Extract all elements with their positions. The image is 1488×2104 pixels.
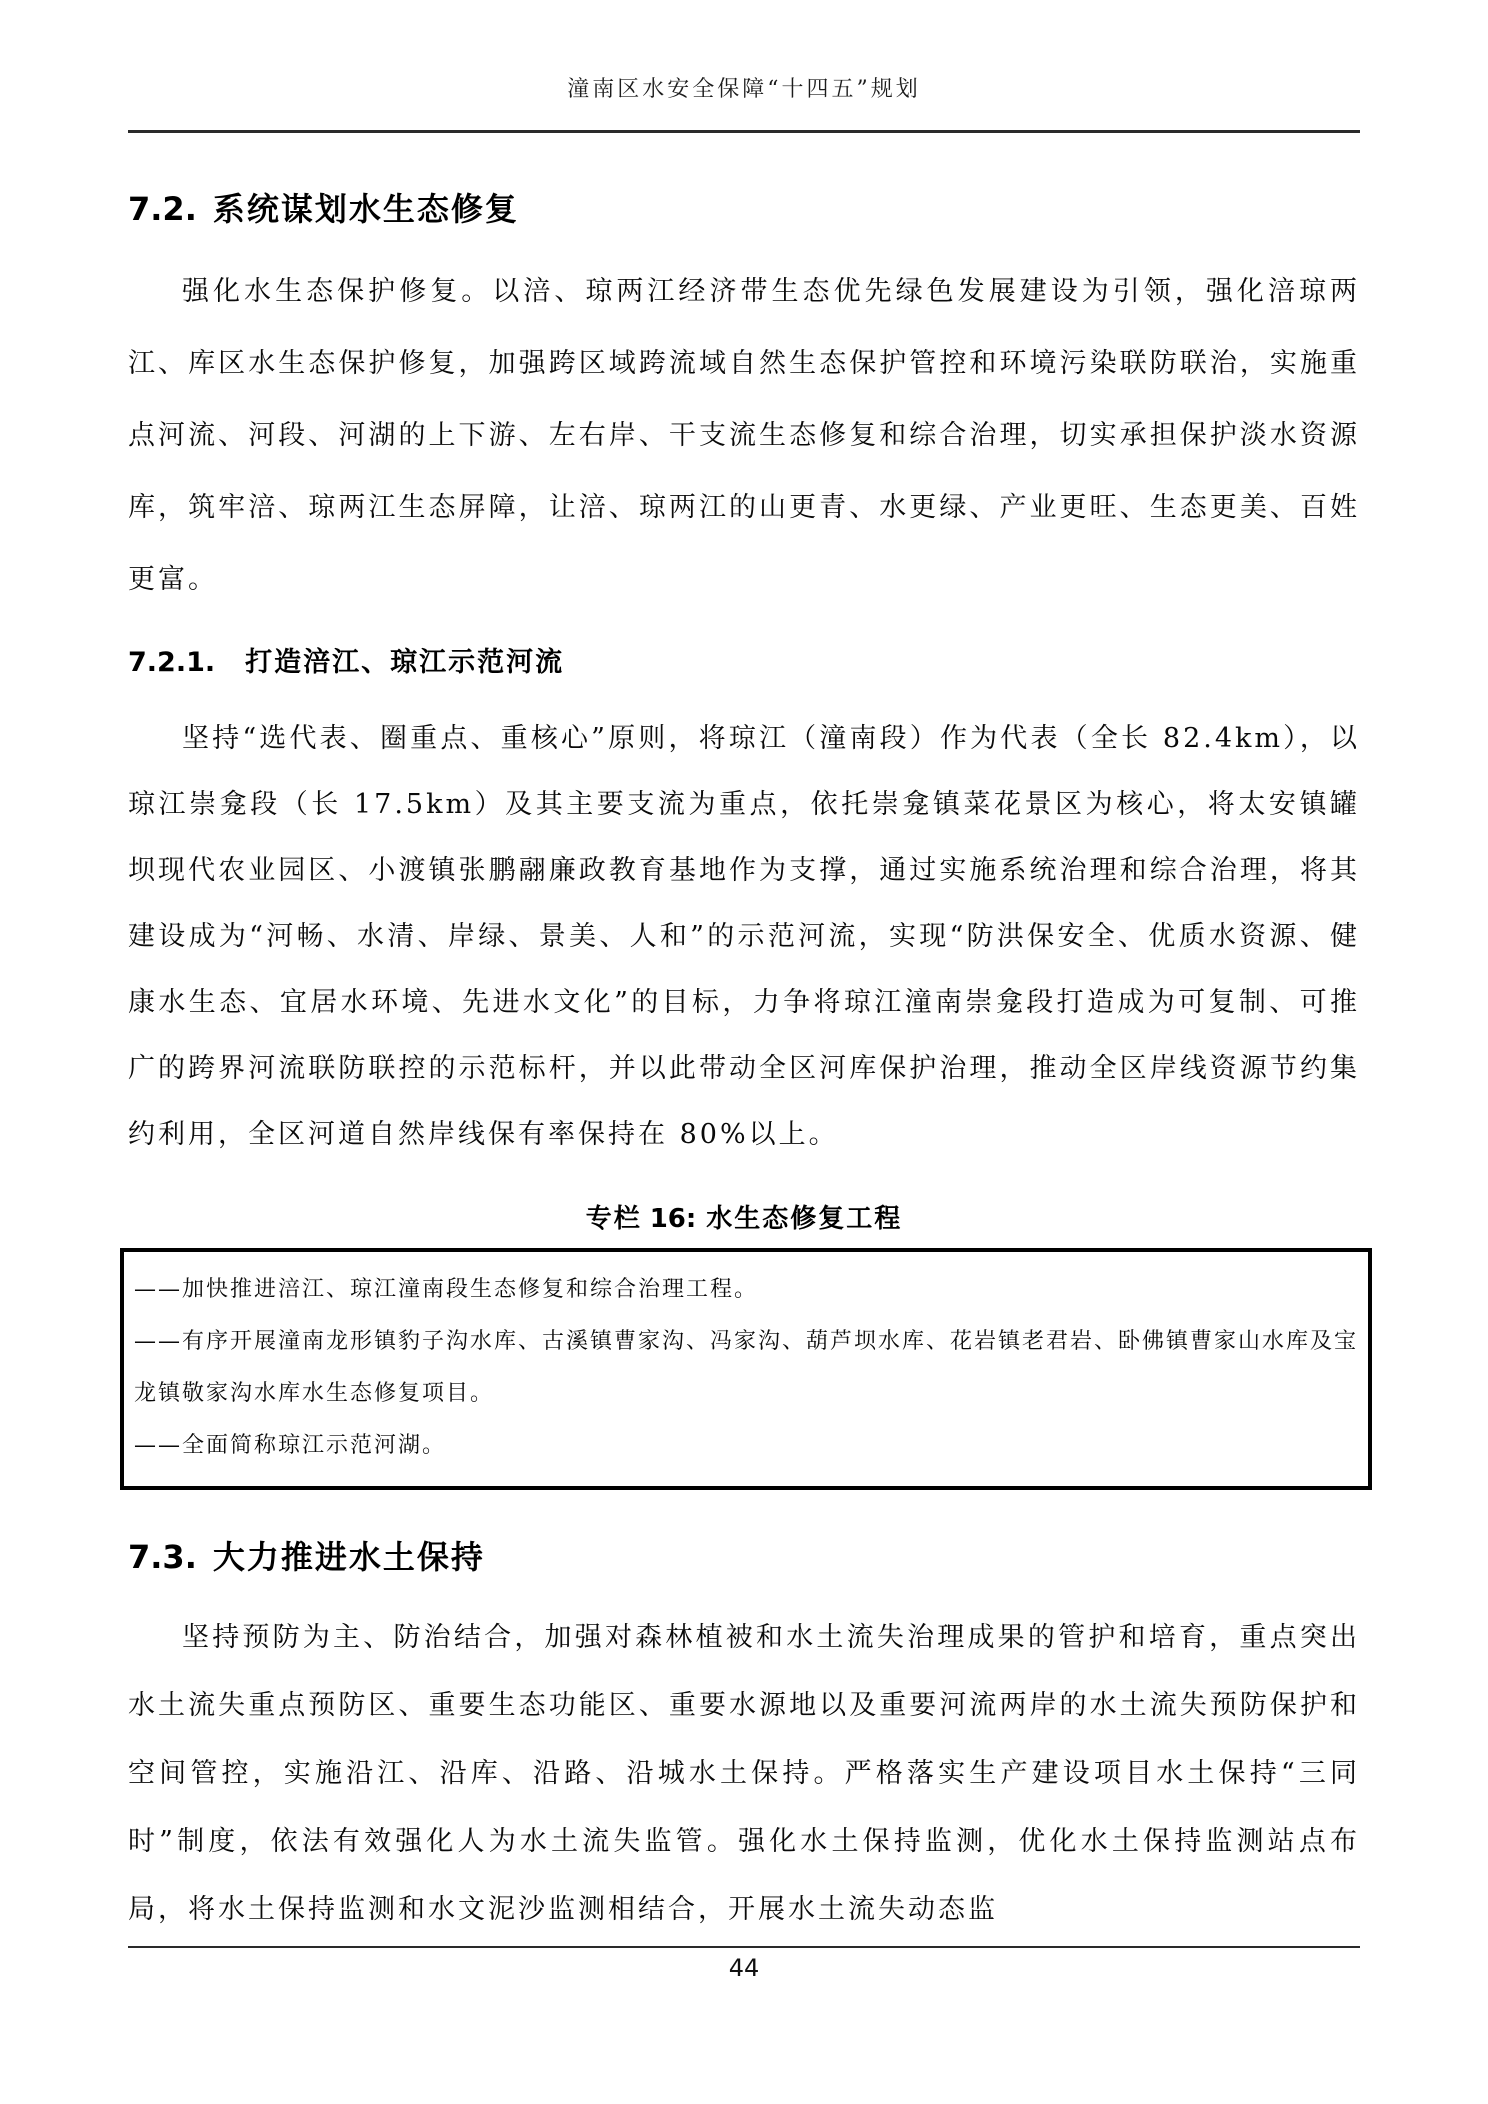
- document-page: 潼南区水安全保障“十四五”规划 7.2.系统谋划水生态修复 强化水生态保护修复。…: [0, 0, 1488, 2104]
- feature-box-name: 水生态修复工程: [706, 1204, 902, 1234]
- section-7-2-paragraph: 强化水生态保护修复。以涪、琼两江经济带生态优先绿色发展建设为引领，强化涪琼两江、…: [128, 256, 1360, 616]
- section-7-2-1-heading: 7.2.1.打造涪江、琼江示范河流: [128, 640, 1360, 679]
- feature-box-title: 专栏16:水生态修复工程: [128, 1198, 1360, 1235]
- feature-box-item: ——有序开展潼南龙形镇豹子沟水库、古溪镇曹家沟、冯家沟、葫芦坝水库、花岩镇老君岩…: [134, 1316, 1358, 1420]
- section-7-2-1-title: 打造涪江、琼江示范河流: [245, 647, 564, 678]
- section-7-3-number: 7.3.: [128, 1538, 197, 1576]
- feature-box-item: ——加快推进涪江、琼江潼南段生态修复和综合治理工程。: [134, 1264, 1358, 1316]
- running-header-title: 潼南区水安全保障“十四五”规划: [128, 72, 1360, 103]
- section-7-2-number: 7.2.: [128, 190, 197, 228]
- section-7-2-title: 系统谋划水生态修复: [213, 190, 519, 228]
- feature-box-label: 专栏: [586, 1204, 642, 1234]
- section-7-3-paragraph: 坚持预防为主、防治结合，加强对森林植被和水土流失治理成果的管护和培育，重点突出水…: [128, 1604, 1360, 1944]
- section-7-2-heading: 7.2.系统谋划水生态修复: [128, 184, 1360, 230]
- section-7-3-title: 大力推进水土保持: [213, 1538, 485, 1576]
- feature-box-item: ——全面简称琼江示范河湖。: [134, 1420, 1358, 1472]
- header-divider: [128, 130, 1360, 133]
- feature-box-number: 16:: [650, 1204, 697, 1234]
- section-7-3-heading: 7.3.大力推进水土保持: [128, 1532, 1360, 1578]
- section-7-2-1-paragraph: 坚持“选代表、圈重点、重核心”原则，将琼江（潼南段）作为代表（全长 82.4km…: [128, 706, 1360, 1168]
- section-7-2-1-number: 7.2.1.: [128, 647, 215, 678]
- footer-divider: [128, 1946, 1360, 1948]
- page-number: 44: [128, 1954, 1360, 1982]
- feature-box: ——加快推进涪江、琼江潼南段生态修复和综合治理工程。 ——有序开展潼南龙形镇豹子…: [120, 1248, 1372, 1490]
